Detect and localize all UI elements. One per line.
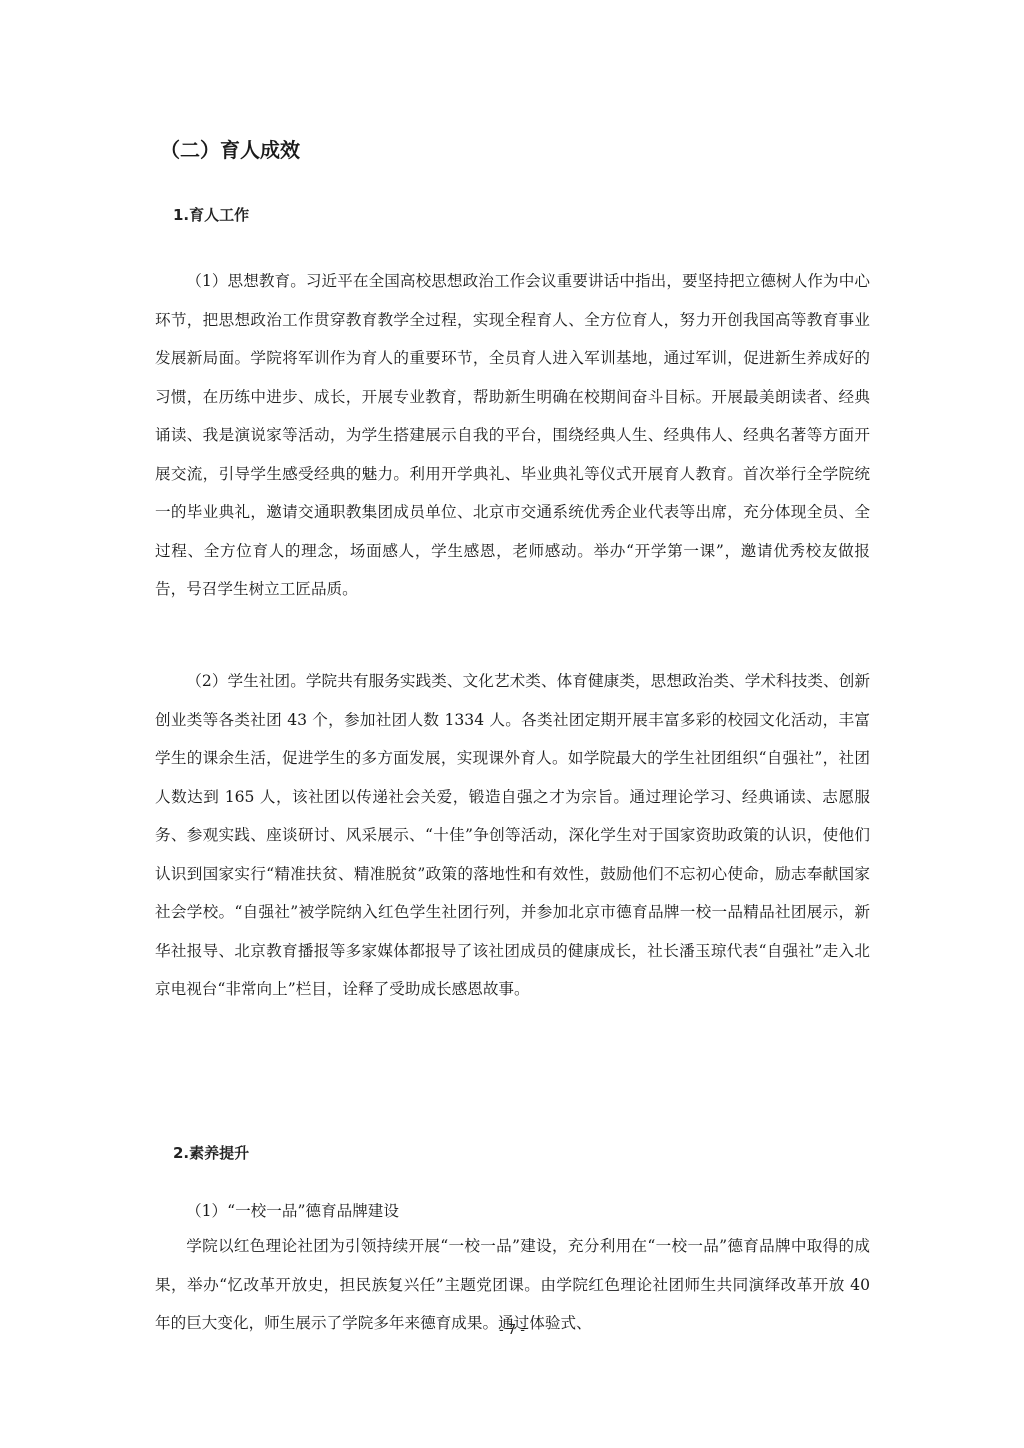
subsection-heading-education-work: 1.育人工作 — [173, 204, 249, 225]
paragraph-text: （2）学生社团。学院共有服务实践类、文化艺术类、体育健康类，思想政治类、学术科技… — [155, 662, 870, 1009]
paragraph-ideological-education: （1）思想教育。习近平在全国高校思想政治工作会议重要讲话中指出，要坚持把立德树人… — [155, 262, 870, 609]
document-page: （二）育人成效 1.育人工作 （1）思想教育。习近平在全国高校思想政治工作会议重… — [0, 0, 1024, 1448]
paragraph-student-clubs: （2）学生社团。学院共有服务实践类、文化艺术类、体育健康类，思想政治类、学术科技… — [155, 662, 870, 1009]
section-title: （二）育人成效 — [160, 134, 300, 163]
subsection-heading-quality-improvement: 2.素养提升 — [173, 1142, 249, 1163]
page-number: - 7 - — [0, 1323, 1024, 1338]
item-heading-moral-brand: （1）“一校一品”德育品牌建设 — [186, 1199, 399, 1221]
paragraph-text: （1）思想教育。习近平在全国高校思想政治工作会议重要讲话中指出，要坚持把立德树人… — [155, 262, 870, 609]
